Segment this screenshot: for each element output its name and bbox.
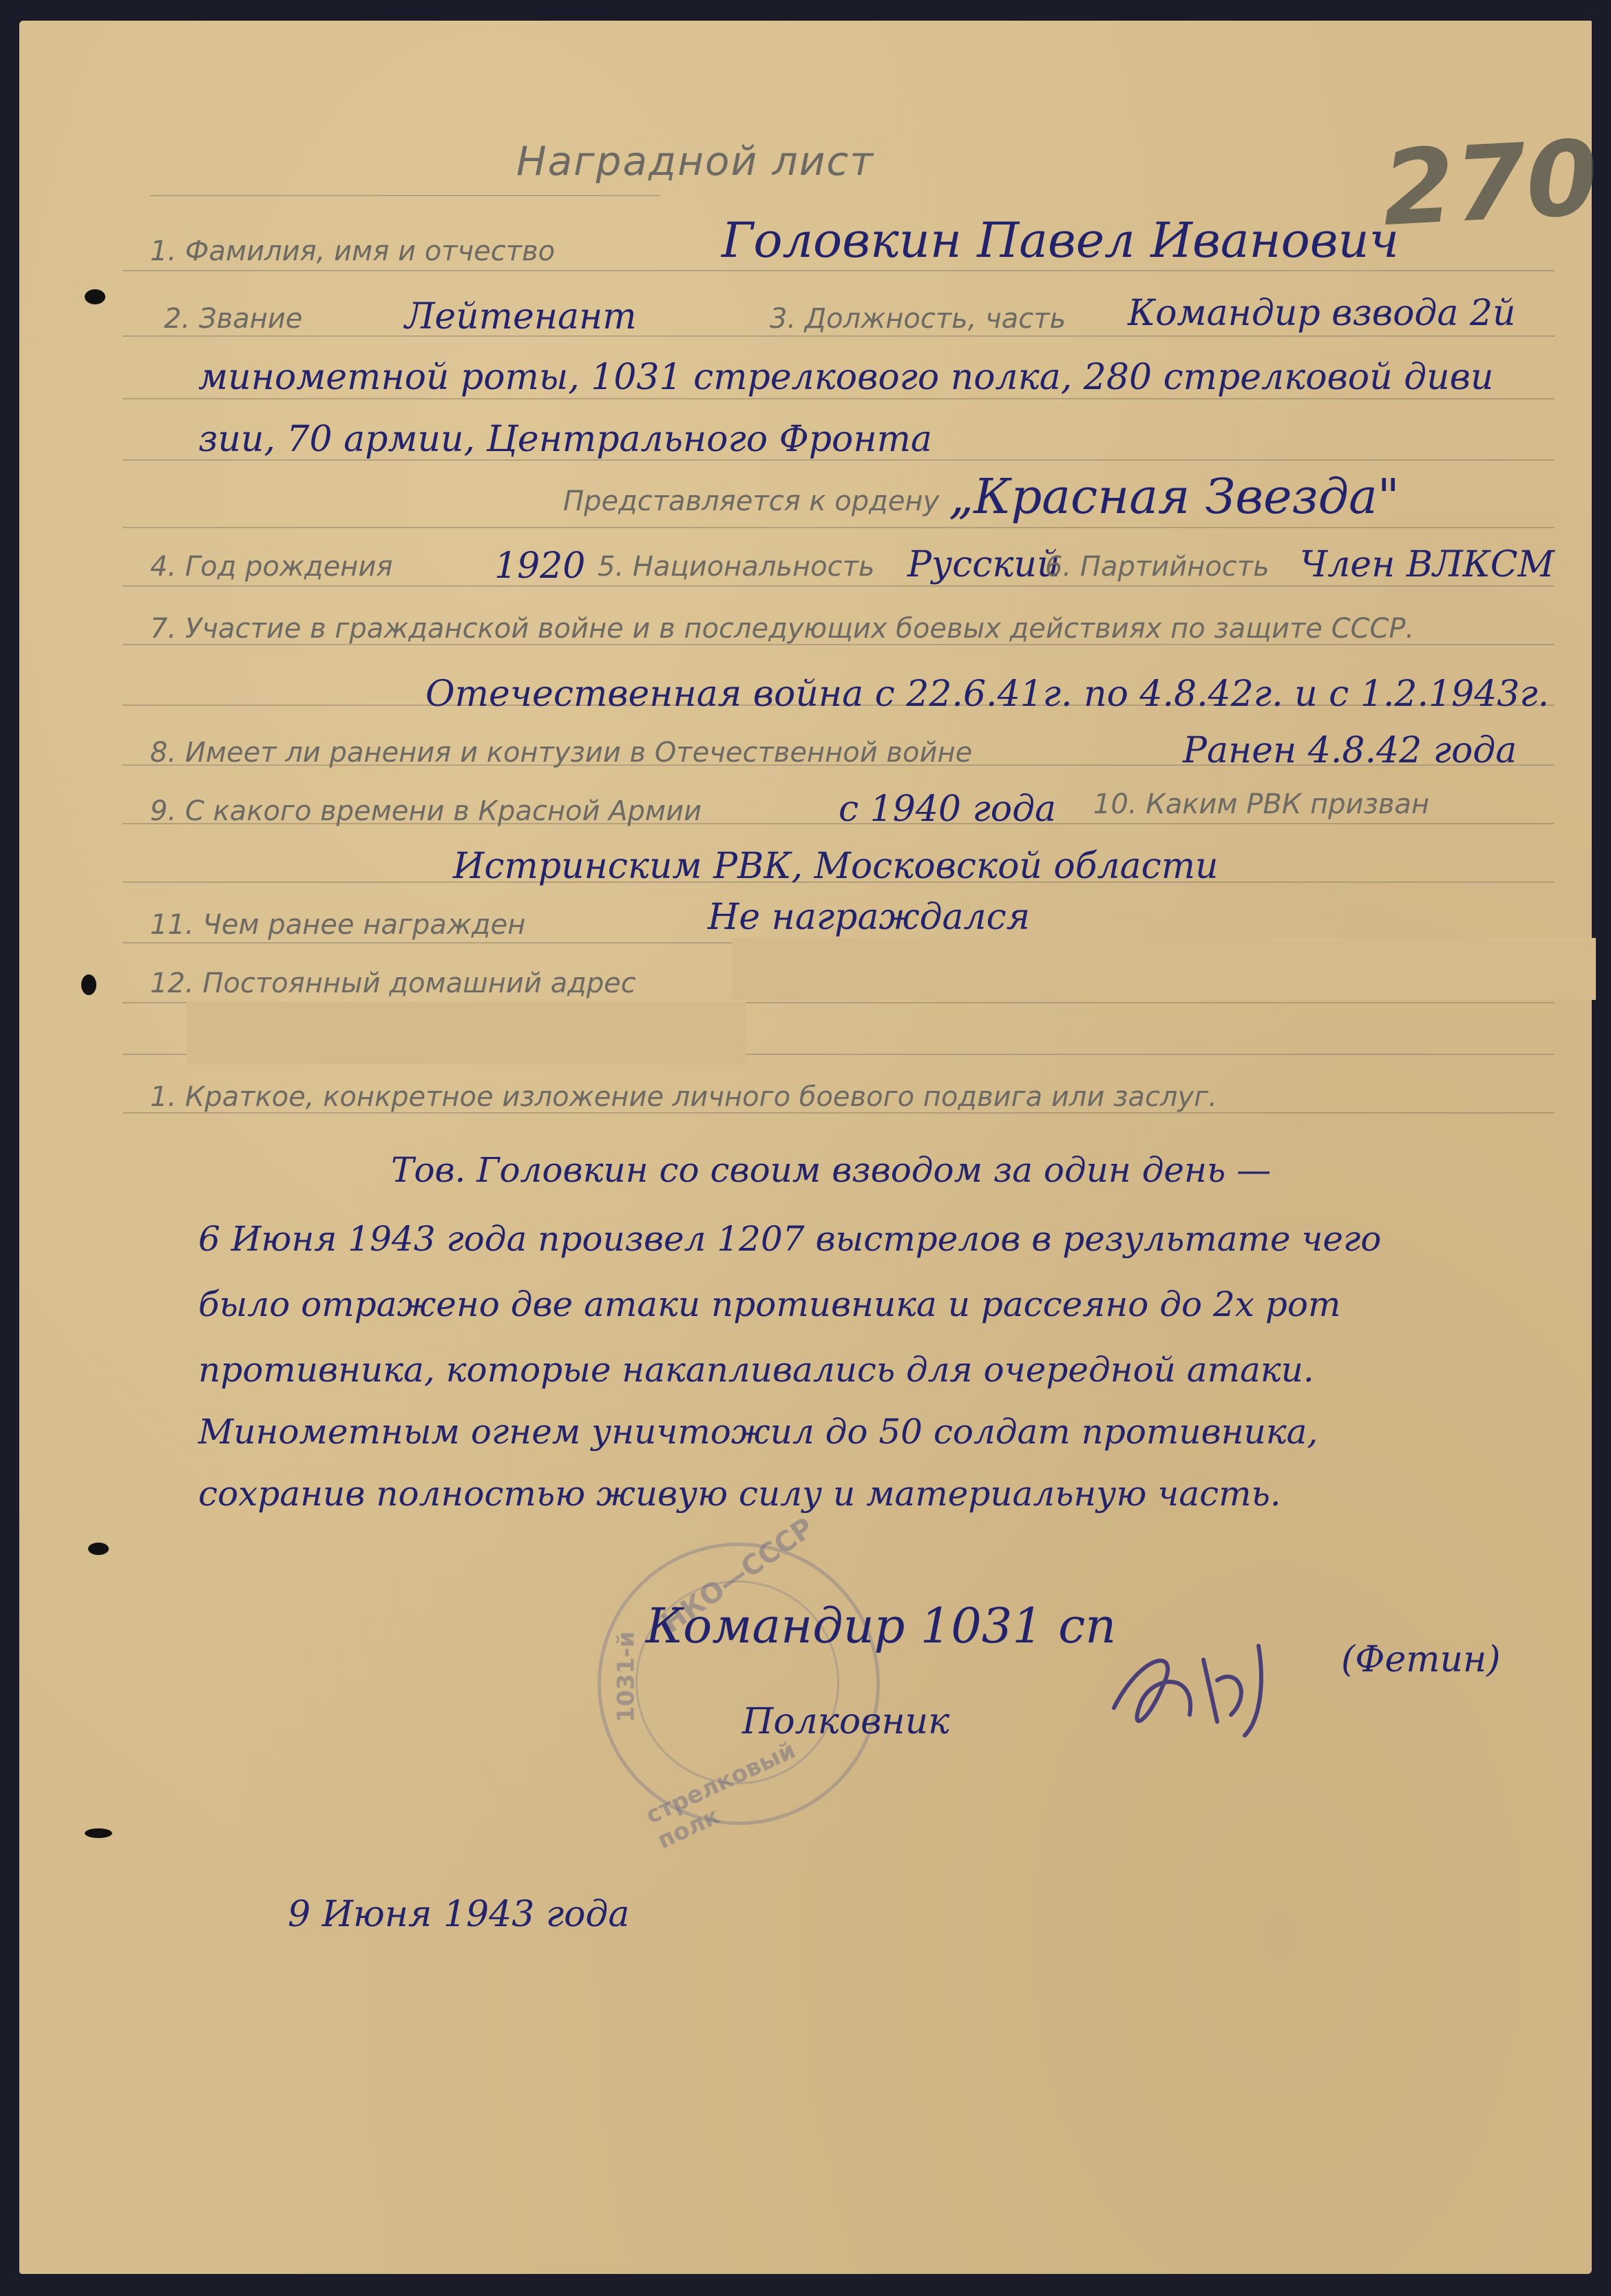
field-1-label: 1. Фамилия, имя и отчество — [150, 236, 555, 267]
feat-line: сохранив полностью живую силу и материал… — [198, 1474, 1281, 1514]
regiment-stamp: НКО—СССР 1031-й стрелковый полк — [598, 1543, 880, 1825]
rule-line — [123, 585, 1555, 587]
field-3-label: 3. Должность, часть — [770, 303, 1066, 335]
archive-number: 270 — [1380, 118, 1601, 249]
rule-line — [123, 398, 1555, 399]
field-5-label: 5. Национальность — [598, 551, 874, 583]
field-7-label: 7. Участие в гражданской войне и в после… — [150, 613, 1414, 645]
field-11-label: 11. Чем ранее награжден — [150, 909, 525, 941]
field-12-label: 12. Постоянный домашний адрес — [150, 968, 636, 999]
title-underline — [150, 195, 660, 196]
signatory-name: (Фетин) — [1341, 1639, 1501, 1680]
document-title: Наградной лист — [516, 138, 874, 185]
feat-line: противника, которые накапливались для оч… — [198, 1350, 1314, 1390]
document-date: 9 Июня 1943 года — [288, 1894, 629, 1935]
field-4-value: 1920 — [494, 545, 585, 587]
field-8-value: Ранен 4.8.42 года — [1183, 730, 1517, 771]
rule-line — [123, 335, 1555, 337]
field-6-value: Член ВЛКСМ — [1300, 544, 1555, 585]
field-3-value-line2: минометной роты, 1031 стрелкового полка,… — [198, 357, 1493, 398]
punch-hole — [88, 1543, 109, 1555]
field-8-label: 8. Имеет ли ранения и контузии в Отечест… — [150, 737, 972, 769]
award-sheet-paper: Наградной лист 270 1. Фамилия, имя и отч… — [19, 21, 1592, 2274]
stamp-text-left: 1031-й — [612, 1631, 640, 1723]
rule-line — [123, 527, 1555, 528]
feat-line: было отражено две атаки противника и рас… — [198, 1284, 1340, 1324]
feat-label: 1. Краткое, конкретное изложение личного… — [150, 1081, 1217, 1113]
redacted-address-block — [187, 1002, 746, 1064]
nomination-label: Представляется к ордену — [563, 486, 939, 517]
field-3-value-line3: зии, 70 армии, Центрального Фронта — [198, 419, 932, 460]
field-10-label: 10. Каким РВК призван — [1093, 789, 1429, 820]
field-9-label: 9. С какого времени в Красной Армии — [150, 795, 702, 827]
feat-line: 6 Июня 1943 года произвел 1207 выстрелов… — [198, 1219, 1381, 1259]
field-3-value-line1: Командир взвода 2й — [1128, 293, 1515, 334]
punch-hole — [85, 289, 105, 304]
feat-line: Тов. Головкин со своим взводом за один д… — [391, 1150, 1271, 1190]
field-4-label: 4. Год рождения — [150, 551, 392, 583]
punch-hole — [81, 974, 96, 995]
field-7-value: Отечественная война с 22.6.41г. по 4.8.4… — [425, 674, 1549, 715]
nomination-order: „Красная Звезда" — [949, 468, 1400, 525]
commander-rank: Полковник — [742, 1701, 949, 1742]
field-5-value: Русский — [907, 544, 1060, 585]
rule-line — [123, 270, 1555, 271]
signature-icon — [1100, 1632, 1334, 1742]
field-2-label: 2. Звание — [164, 303, 302, 335]
field-9-value: с 1940 года — [839, 789, 1056, 830]
feat-line: Минометным огнем уничтожил до 50 солдат … — [198, 1412, 1318, 1452]
redacted-address-block — [732, 938, 1596, 1000]
field-11-value: Не награждался — [708, 897, 1030, 938]
field-10-value: Истринским РВК, Московской области — [453, 846, 1219, 887]
punch-hole — [85, 1828, 112, 1838]
field-2-value: Лейтенант — [405, 296, 637, 337]
commander-title: Командир 1031 сп — [646, 1598, 1116, 1654]
field-6-label: 6. Партийность — [1045, 551, 1270, 583]
field-1-value: Головкин Павел Иванович — [722, 212, 1399, 269]
